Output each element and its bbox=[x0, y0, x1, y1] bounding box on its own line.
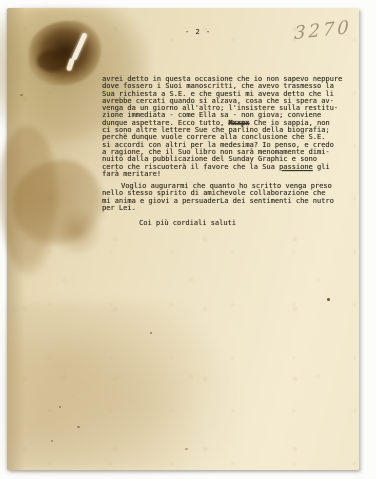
letter-line: farà meritare! bbox=[102, 171, 364, 178]
line-text: gli bbox=[313, 163, 330, 171]
letter-line: perchè dunque vuole correre alla conclus… bbox=[102, 134, 364, 141]
line-text: certo che riscuoterà il favore che la Su… bbox=[102, 163, 279, 171]
letter-line: a ragione, che il Suo libro non sarà men… bbox=[102, 149, 364, 156]
archive-number-handwritten: 3270 bbox=[294, 17, 352, 44]
underlined-text: passione bbox=[279, 163, 313, 171]
letter-line: dove fossero i Suoi manoscritti, che ave… bbox=[102, 83, 364, 90]
water-stain bbox=[0, 126, 59, 276]
line-text: dunque aspettare. Ecco tutto, bbox=[102, 119, 228, 127]
paperclip-mark bbox=[66, 58, 75, 72]
paperclip-mark bbox=[71, 32, 87, 61]
bottom-mottle-stain bbox=[7, 303, 237, 470]
letter-line: certo che riscuoterà il favore che la Su… bbox=[102, 164, 364, 171]
letter-line: ci sono altre lettere Sue che parlino de… bbox=[102, 127, 364, 134]
letter-line: si accordi con altri per la medesima? Io… bbox=[102, 142, 364, 149]
letter-line: avrei detto in questa occasione che io n… bbox=[102, 76, 364, 83]
rust-stain-blotch bbox=[37, 50, 67, 72]
scan-background: { "document": { "page_number": "- 2 -", … bbox=[0, 0, 376, 479]
strikethrough-text: Mxxpx bbox=[228, 119, 249, 127]
letter-line: mi anima e giovi a persuaderLa dei senti… bbox=[102, 198, 364, 205]
letter-line: avrebbe cercati quando si alzava, cosa c… bbox=[102, 98, 364, 105]
letter-paragraph: Voglio augurarmi che quanto ho scritto v… bbox=[102, 183, 364, 212]
left-tan-wash bbox=[7, 88, 137, 198]
rust-stain bbox=[29, 21, 101, 85]
closing-salutation: Coi più cordiali saluti bbox=[102, 220, 364, 227]
paper-speck bbox=[150, 332, 152, 334]
paper-speck bbox=[59, 406, 61, 408]
letter-line: Sua richiesta a S.E. e che questi mi ave… bbox=[102, 91, 364, 98]
letter-body: avrei detto in questa occasione che io n… bbox=[102, 76, 364, 228]
document-scan: - 2 - 3270 avrei detto in questa occasio… bbox=[7, 8, 359, 470]
water-stain bbox=[13, 160, 105, 246]
paper-speck bbox=[77, 426, 80, 428]
letter-line: nello stesso spirito di amichevole colla… bbox=[102, 190, 364, 197]
paper-speck bbox=[327, 298, 330, 301]
letter-line: dunque aspettare. Ecco tutto, Mxxpx Che … bbox=[102, 120, 364, 127]
letter-line: nuito dalla pubblicazione del Sunday Gra… bbox=[102, 156, 364, 163]
line-text: Che io sappia, non bbox=[250, 119, 330, 127]
left-edge-darkening bbox=[7, 8, 25, 470]
paper-texture bbox=[7, 8, 359, 470]
rust-stain-halo bbox=[0, 8, 150, 143]
letter-line: venga da un giorno all'altro; l'insister… bbox=[102, 105, 364, 112]
paper-speck bbox=[51, 440, 53, 442]
page-number: - 2 - bbox=[185, 28, 211, 36]
paper-speck bbox=[20, 94, 23, 96]
letter-line: Voglio augurarmi che quanto ho scritto v… bbox=[102, 183, 364, 190]
water-stain bbox=[53, 208, 101, 256]
letter-line: per Lei. bbox=[102, 205, 364, 212]
letter-line: zione immediata - come Ella sa - non gio… bbox=[102, 112, 364, 119]
paper-speck bbox=[185, 448, 188, 450]
